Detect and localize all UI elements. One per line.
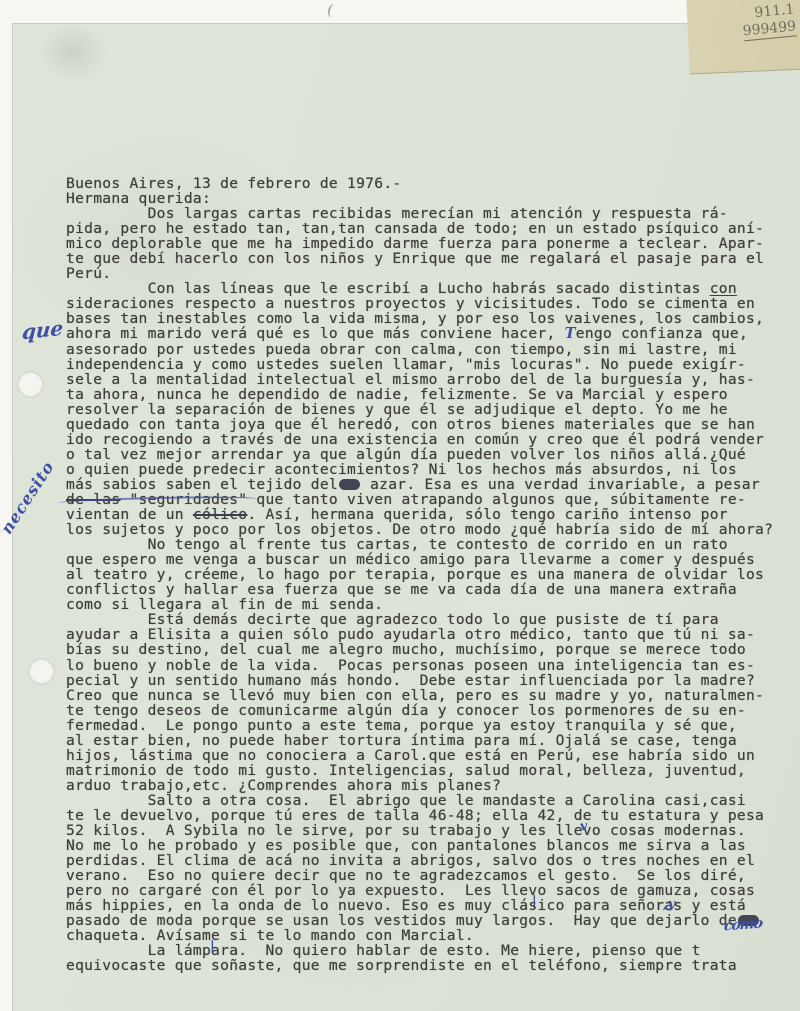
letter-line: ido recogiendo a través de una existenci…: [66, 432, 790, 447]
letter-line: sideraciones respecto a nuestros proyect…: [66, 296, 790, 311]
paper-smudge: [38, 22, 108, 82]
letter-line: fermedad. Le pongo punto a este tema, po…: [66, 718, 790, 733]
letter-line: al teatro y, créeme, lo hago por terapia…: [66, 567, 790, 582]
letter-line: mico deplorable que me ha impedido darme…: [66, 236, 790, 251]
archive-numbers: 911.1 999499: [686, 0, 800, 46]
ink-tick-lampara: |: [210, 939, 215, 954]
ink-comma-mark: ,y: [663, 897, 675, 912]
letter-line: o quien puede predecir acontecimientos? …: [66, 462, 790, 477]
letter-line: sele a la mentalidad intelectual el mism…: [66, 372, 790, 387]
letter-line: arduo trabajo,etc. ¿Comprendes ahora mis…: [66, 778, 790, 793]
letter-line: los sujetos y poco por los objetos. De o…: [66, 522, 790, 537]
letter-line: Buenos Aires, 13 de febrero de 1976.-: [66, 176, 790, 191]
letter-line: pida, pero he estado tan, tan,tan cansad…: [66, 221, 790, 236]
letter-line: te le devuelvo, porque tú eres de talla …: [66, 808, 790, 823]
letter-line: Con las líneas que le escribí a Lucho ha…: [66, 281, 790, 296]
letter-line: bías su destino, del cual me alegro much…: [66, 642, 790, 657]
letter-line: Salto a otra cosa. El abrigo que le mand…: [66, 793, 790, 808]
ink-blot: [339, 479, 360, 490]
letter-line: matrimonio de todo mi gusto. Inteligenci…: [66, 763, 790, 778]
letter-line: conflictos y hallar esa fuerza que se me…: [66, 582, 790, 597]
letter-line: pecial y un sentido humano más hondo. De…: [66, 673, 790, 688]
letter-line: que espero me venga a buscar un médico a…: [66, 552, 790, 567]
letter-line: No me lo he probado y es posible que, co…: [66, 838, 790, 853]
handwritten-line-end-scribble: como: [723, 916, 763, 935]
scanned-letter-page: 911.1 999499 Buenos Aires, 13 de febrero…: [0, 0, 800, 1011]
letter-line: perdidas. El clima de acá no invita a ab…: [66, 853, 790, 868]
letter-line: hijos, lástima que no conociera a Carol.…: [66, 748, 790, 763]
letter-line: vientan de un cólico. Así, hermana queri…: [66, 507, 790, 522]
handwritten-margin-word: que: [21, 316, 64, 345]
ink-tick-mark: |: [532, 894, 537, 909]
letter-line: al estar bien, no puede haber tortura ín…: [66, 733, 790, 748]
letter-line: Hermana querida:: [66, 191, 790, 206]
ink-correction-v: v: [579, 819, 589, 835]
letter-line: más sabios saben el tejido del azar. Esa…: [66, 477, 790, 492]
letter-line: o tal vez mejor arrendar ya que algún dí…: [66, 447, 790, 462]
letter-line: ahora mi marido verá qué es lo que más c…: [66, 326, 790, 341]
letter-line: Creo que nunca se llevó muy bien con ell…: [66, 688, 790, 703]
letter-line: pero no cargaré con él por lo ya expuest…: [66, 883, 790, 898]
letter-body: Buenos Aires, 13 de febrero de 1976.-Her…: [66, 176, 790, 973]
letter-line: te que debí hacerlo con los niños y Enri…: [66, 251, 790, 266]
letter-line: quedado con tanta joya que él heredó, co…: [66, 417, 790, 432]
letter-line: asesorado por ustedes pueda obrar con ca…: [66, 342, 790, 357]
letter-line: 52 kilos. A Sybila no le sirve, por su t…: [66, 823, 790, 838]
letter-line: te tengo deseos de comunicarme algún día…: [66, 703, 790, 718]
archive-number-2: 999499: [742, 18, 797, 41]
letter-line: Dos largas cartas recibidas merecían mi …: [66, 206, 790, 221]
letter-line: lo bueno y noble de la vida. Pocas perso…: [66, 658, 790, 673]
punch-hole-top: [17, 371, 44, 398]
letter-line: más hippies, en la onda de lo nuevo. Eso…: [66, 898, 790, 913]
letter-line: verano. Eso no quiere decir que no te ag…: [66, 868, 790, 883]
letter-line: resolver la separación de bienes y que é…: [66, 402, 790, 417]
letter-line: No tengo al frente tus cartas, te contes…: [66, 537, 790, 552]
punch-hole-bottom: [28, 658, 55, 685]
pencil-squiggle-mark: [326, 3, 339, 19]
letter-line: independencia y como ustedes suelen llam…: [66, 357, 790, 372]
letter-line: ta ahora, nunca he dependido de nadie, f…: [66, 387, 790, 402]
letter-line: equivocaste que soñaste, que me sorprend…: [66, 958, 790, 973]
underlying-sheet-corner: 911.1 999499: [686, 0, 800, 75]
